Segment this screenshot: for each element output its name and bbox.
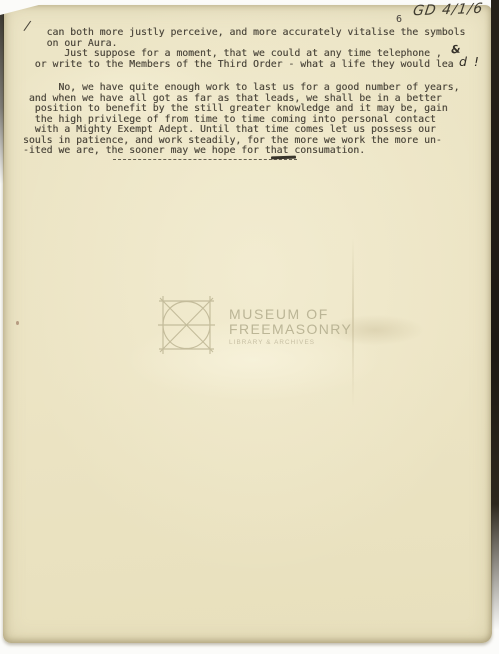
typescript-body: can both more justly perceive, and more … xyxy=(23,28,465,157)
watermark-library-archives: LIBRARY & ARCHIVES xyxy=(229,339,315,346)
scanner-background-left-edge xyxy=(0,14,4,184)
museum-of-freemasonry-logo-icon xyxy=(158,294,215,356)
typed-line: or write to the Members of the Third Ord… xyxy=(23,60,465,71)
typed-line: can both more justly perceive, and more … xyxy=(23,28,465,39)
typed-line: position to benefit by the still greater… xyxy=(23,104,465,115)
page-number: 6 xyxy=(396,15,402,26)
paragraph-2: No, we have quite enough work to last us… xyxy=(23,83,465,157)
watermark-freemasonry: FREEMASONRY xyxy=(229,321,352,337)
watermark-museum-of: MUSEUM OF xyxy=(229,306,329,322)
paper-speck xyxy=(16,321,19,325)
scanner-background-right-edge xyxy=(491,0,499,630)
typed-line: No, we have quite enough work to last us… xyxy=(23,83,465,94)
typed-line: Just suppose for a moment, that we could… xyxy=(23,49,465,60)
paper-crease xyxy=(352,238,354,408)
paragraph-1: can both more justly perceive, and more … xyxy=(23,28,465,70)
typed-line: with a Mighty Exempt Adept. Until that t… xyxy=(23,125,465,136)
handwritten-word-completion: d ! xyxy=(459,54,480,69)
typed-dashed-rule xyxy=(113,159,297,160)
typed-line: -ited we are, the sooner may we hope for… xyxy=(23,146,465,157)
archive-reference-handwritten: GD 4/1/6 xyxy=(412,1,484,20)
